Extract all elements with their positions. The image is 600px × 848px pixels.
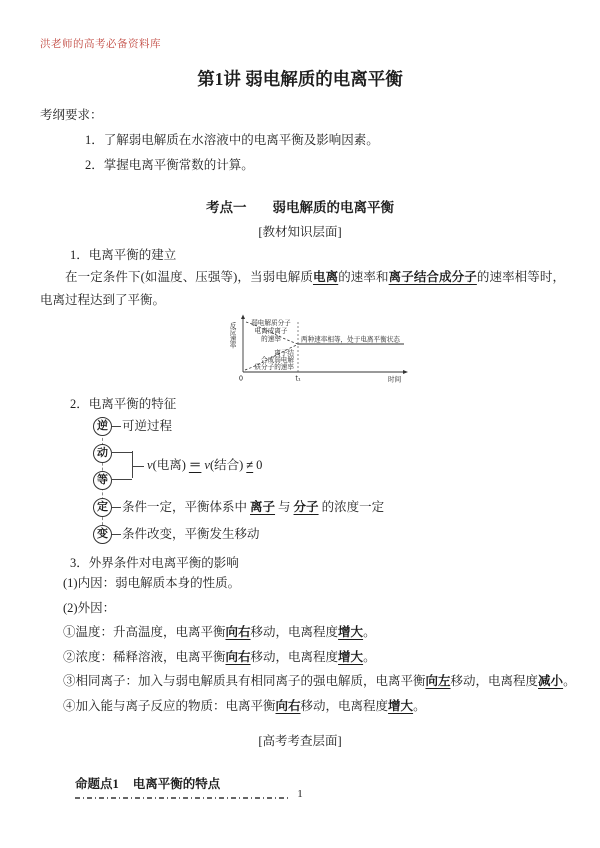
factor-common-ion: ③相同离子：加入与弱电解质具有相同离子的强电解质，电离平衡向左移动，电离程度减小… (40, 669, 600, 694)
outline-item-2: 2．掌握电离平衡常数的计算。 (85, 155, 600, 173)
section-1-heading: 1．电离平衡的建立 (70, 245, 600, 263)
upper-curve-label-line2: 电离成离子 (255, 326, 288, 335)
factor-reacting-substance: ④加入能与离子反应的物质：电离平衡向右移动，电离程度增大。 (40, 694, 600, 719)
connector-dash (112, 534, 121, 535)
feature-text-reversible: 可逆过程 (122, 418, 172, 434)
external-cause-label: (2)外因： (40, 596, 600, 621)
section-1-paragraph: 在一定条件下(如温度、压强等)，当弱电解质电离的速率和离子结合成分子的速率相等时… (40, 266, 565, 312)
feature-text-constant: 条件一定，平衡体系中离子与分子的浓度一定 (122, 499, 384, 515)
feature-circle-equal: 等 (93, 471, 112, 490)
feature-circle-change: 变 (93, 525, 112, 544)
kaodian-title: 弱电解质的电离平衡 (273, 200, 395, 215)
figure-y-axis-label: 反应速率 (228, 321, 236, 350)
document-header: 洪老师的高考必备资料库 (0, 0, 600, 51)
factor-concentration: ②浓度：稀释溶液，电离平衡向右移动，电离程度增大。 (40, 645, 600, 670)
factor-temperature: ①温度：升高温度，电离平衡向右移动，电离程度增大。 (40, 620, 600, 645)
x-axis-arrow-icon (403, 370, 408, 374)
outline-requirements-label: 考纲要求： (40, 105, 600, 123)
feature-formula: v(电离)＝v(结合)≠0 (147, 457, 262, 473)
section-3-heading: 3．外界条件对电离平衡的影响 (70, 553, 600, 571)
kaodian-tag: 考点一 (206, 200, 247, 215)
layer-textbook-label: [教材知识层面] (0, 222, 600, 240)
bracket-line-mid (132, 466, 144, 467)
upper-curve-label-line3: 的速率 (261, 334, 281, 343)
equilibrium-line-label: 两种速率相等，处于电离平衡状态 (301, 335, 400, 345)
y-axis-arrow-icon (241, 315, 245, 320)
lower-curve-label-line3: 质分子的速率 (254, 362, 294, 371)
ionization-rate-figure: 反应速率 弱电解质分子 电离成离子 的速率 两种速率相等，处于电离平衡状态 离子… (228, 314, 413, 389)
section-2-heading: 2．电离平衡的特征 (70, 394, 600, 412)
feature-circle-constant: 定 (93, 498, 112, 517)
feature-circle-dynamic: 动 (93, 444, 112, 463)
equilibrium-features-diagram: 逆 动 等 定 变 可逆过程 v(电离)＝v(结合)≠0 条件一定，平衡体系中离… (40, 417, 600, 545)
kaodian-heading: 考点一弱电解质的电离平衡 (0, 196, 600, 216)
internal-cause-line: (1)内因：弱电解质本身的性质。 (40, 571, 600, 596)
feature-circle-reversible: 逆 (93, 417, 112, 436)
connector-dash (112, 426, 121, 427)
layer-gaokao-label: [高考考查层面] (0, 731, 600, 749)
upper-curve-label-line1: 弱电解质分子 (251, 318, 291, 327)
bracket-line-bottom (112, 479, 132, 480)
rate-time-chart: 反应速率 弱电解质分子 电离成离子 的速率 两种速率相等，处于电离平衡状态 离子… (228, 314, 413, 384)
origin-tick-label: 0 (239, 375, 243, 383)
t1-tick-label: t₁ (295, 375, 301, 383)
bracket-line-top (112, 452, 132, 453)
figure-x-axis-label: 时间 (388, 375, 402, 384)
feature-text-change: 条件改变，平衡发生移动 (122, 526, 260, 542)
connector-dash (112, 507, 121, 508)
outline-item-1: 1．了解弱电解质在水溶液中的电离平衡及影响因素。 (85, 130, 600, 148)
page-title: 第1讲 弱电解质的电离平衡 (0, 66, 600, 91)
bracket-vertical-line (132, 451, 133, 478)
page-number: 1 (0, 788, 600, 800)
